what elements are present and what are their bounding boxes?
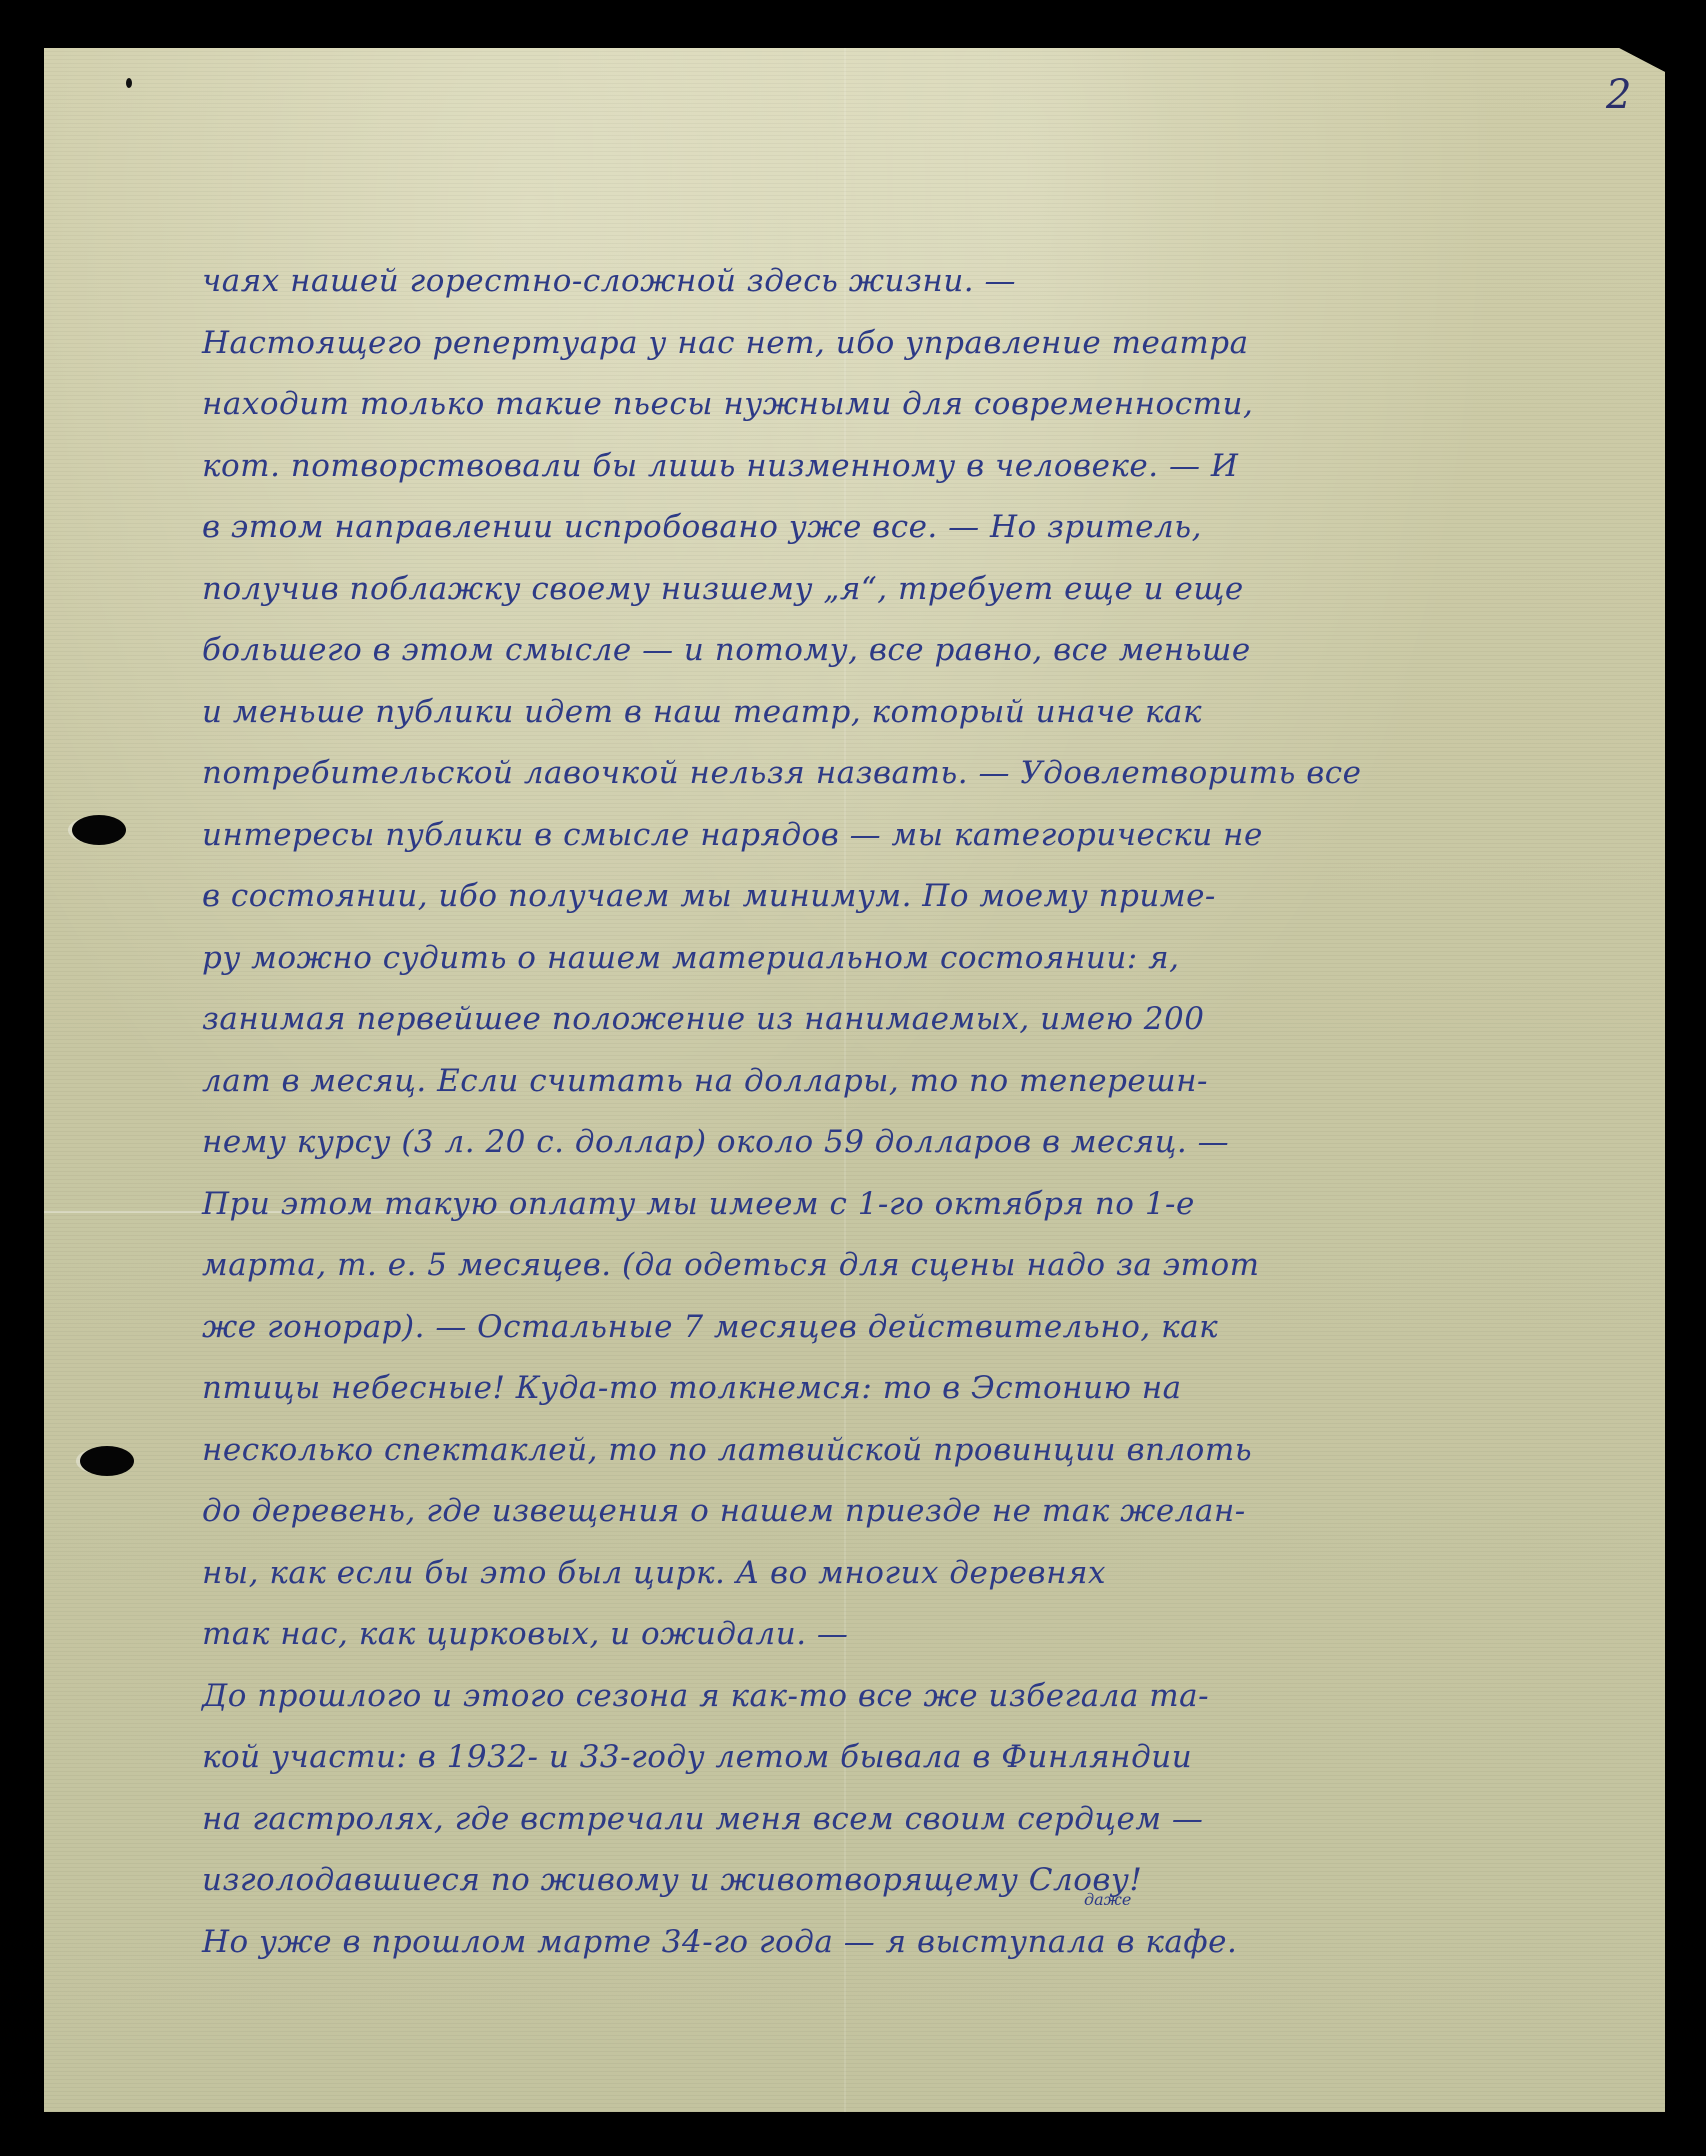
- text-line: и меньше публики идет в наш театр, котор…: [202, 682, 1662, 744]
- text-line: находит только такие пьесы нужными для с…: [202, 374, 1662, 436]
- text-line: ны, как если бы это был цирк. А во многи…: [202, 1543, 1662, 1605]
- text-line: Настоящего репертуара у нас нет, ибо упр…: [202, 313, 1662, 375]
- text-line: птицы небесные! Куда-то толкнемся: то в …: [202, 1358, 1662, 1420]
- text-line: занимая первейшее положение из нанимаемы…: [202, 989, 1662, 1051]
- text-line: Но уже в прошлом марте 34-го года — я вы…: [202, 1912, 1662, 1974]
- text-line: кой участи: в 1932- и 33-году летом быва…: [202, 1727, 1662, 1789]
- text-line: ру можно судить о нашем материальном сос…: [202, 928, 1662, 990]
- text-line: потребительской лавочкой нельзя назвать.…: [202, 743, 1662, 805]
- text-line: изголодавшиеся по живому и животворящему…: [202, 1850, 1662, 1912]
- text-line: до деревень, где извещения о нашем приез…: [202, 1481, 1662, 1543]
- text-line: на гастролях, где встречали меня всем св…: [202, 1789, 1662, 1851]
- text-line: чаях нашей горестно-сложной здесь жизни.…: [202, 251, 1662, 313]
- letter-page: 2 даже чаях нашей горестно-сложной здесь…: [44, 48, 1665, 2112]
- text-line: большего в этом смысле — и потому, все р…: [202, 620, 1662, 682]
- punch-hole-lower: [80, 1446, 134, 1476]
- text-line: несколько спектаклей, то по латвийской п…: [202, 1420, 1662, 1482]
- text-line: марта, т. е. 5 месяцев. (да одеться для …: [202, 1235, 1662, 1297]
- text-line: При этом такую оплату мы имеем с 1-го ок…: [202, 1174, 1662, 1236]
- letter-body: чаях нашей горестно-сложной здесь жизни.…: [202, 251, 1662, 1973]
- text-line: кот. потворствовали бы лишь низменному в…: [202, 436, 1662, 498]
- text-line: интересы публики в смысле нарядов — мы к…: [202, 805, 1662, 867]
- text-line: До прошлого и этого сезона я как-то все …: [202, 1666, 1662, 1728]
- text-line: лат в месяц. Если считать на доллары, то…: [202, 1051, 1662, 1113]
- text-line: же гонорар). — Остальные 7 месяцев дейст…: [202, 1297, 1662, 1359]
- text-line: нему курсу (3 л. 20 с. доллар) около 59 …: [202, 1112, 1662, 1174]
- punch-hole-upper: [72, 815, 126, 845]
- page-number: 2: [1606, 72, 1631, 118]
- ink-dot-mark: [126, 78, 132, 88]
- text-line: в состоянии, ибо получаем мы минимум. По…: [202, 866, 1662, 928]
- text-line: так нас, как цирковых, и ожидали. —: [202, 1604, 1662, 1666]
- text-line: получив поблажку своему низшему „я“, тре…: [202, 559, 1662, 621]
- text-line: в этом направлении испробовано уже все. …: [202, 497, 1662, 559]
